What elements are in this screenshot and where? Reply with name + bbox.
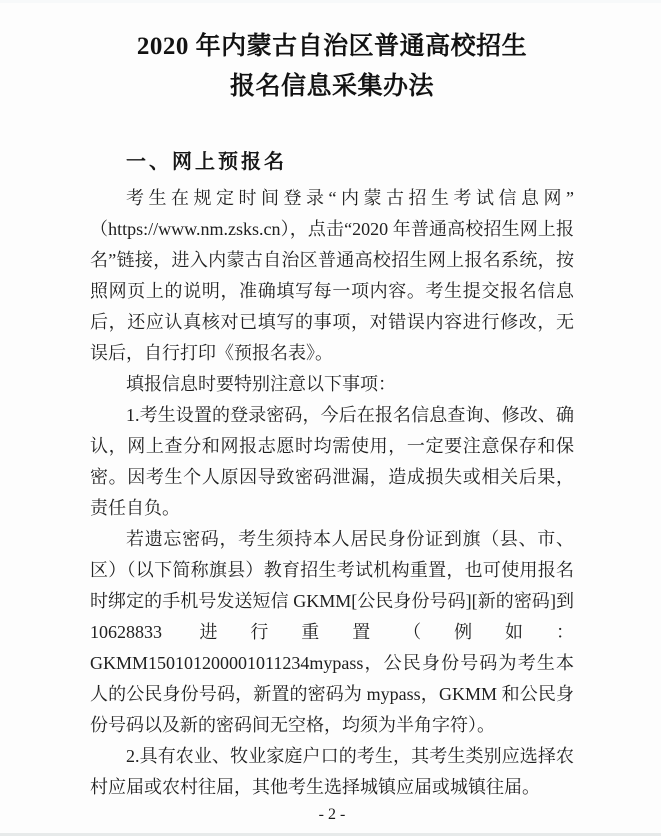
page-number: - 2 - bbox=[90, 804, 574, 826]
paragraph-item2-household-type: 2.具有农业、牧业家庭户口的考生，其考生类别应选择农村应届或农村往届，其他考生选… bbox=[90, 741, 574, 803]
paragraph-item1-password: 1.考生设置的登录密码，今后在报名信息查询、修改、确认，网上查分和网报志愿时均需… bbox=[90, 400, 574, 524]
paragraph-notice-intro: 填报信息时要特别注意以下事项： bbox=[90, 369, 574, 400]
section-heading-online-preregistration: 一、网上预报名 bbox=[90, 149, 574, 175]
document-body: 2020 年内蒙古自治区普通高校招生 报名信息采集办法 一、网上预报名 考生在规… bbox=[0, 0, 661, 826]
document-title-line1: 2020 年内蒙古自治区普通高校招生 bbox=[90, 27, 574, 67]
body-text: 考生在规定时间登录“内蒙古招生考试信息网”（https://www.nm.zsk… bbox=[90, 183, 574, 803]
document-page: 2020 年内蒙古自治区普通高校招生 报名信息采集办法 一、网上预报名 考生在规… bbox=[0, 0, 661, 836]
scan-edge-top bbox=[0, 0, 661, 3]
paragraph-password-reset: 若遗忘密码，考生须持本人居民身份证到旗（县、市、区）（以下简称旗县）教育招生考试… bbox=[90, 524, 574, 741]
paragraph-registration-steps: 考生在规定时间登录“内蒙古招生考试信息网”（https://www.nm.zsk… bbox=[90, 183, 574, 369]
document-title-line2: 报名信息采集办法 bbox=[90, 67, 574, 107]
